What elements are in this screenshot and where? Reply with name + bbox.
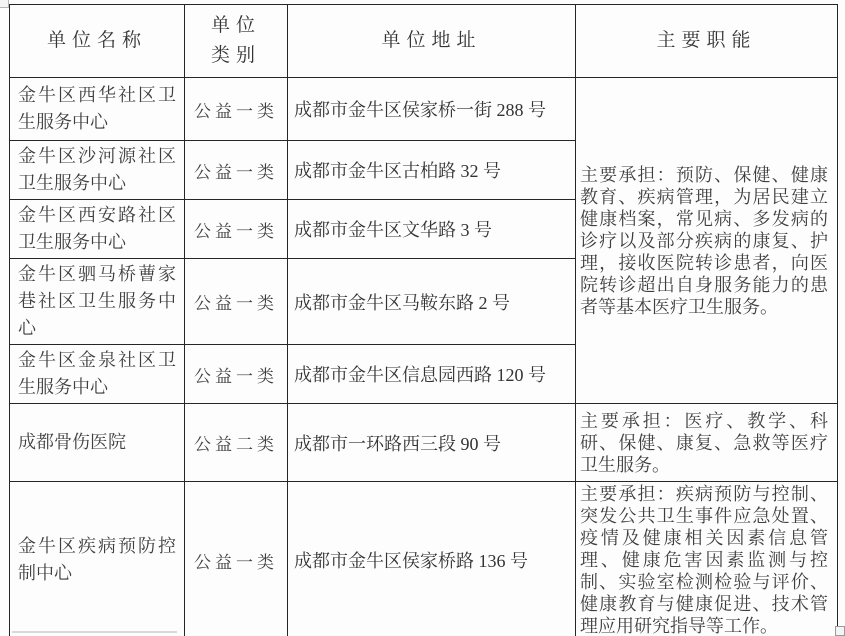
functions-cell: 主要承担：医疗、教学、科研、保健、康复、急救等医疗卫生服务。 bbox=[576, 404, 838, 482]
address-cell: 成都市一环路西三段 90 号 bbox=[288, 404, 576, 482]
address-cell: 成都市金牛区侯家桥路 136 号 bbox=[288, 482, 576, 636]
address-cell: 成都市金牛区马鞍东路 2 号 bbox=[288, 259, 576, 345]
document-page: { "table": { "header": { "name": "单位名称",… bbox=[0, 0, 845, 636]
unit-name-cell: 金牛区疾病预防控制中心 bbox=[10, 482, 185, 636]
header-unit-category-line1: 单位 bbox=[186, 11, 286, 41]
unit-name-cell: 金牛区西华社区卫生服务中心 bbox=[10, 78, 185, 141]
unit-name-cell: 金牛区沙河源社区卫生服务中心 bbox=[10, 141, 185, 200]
table-row: 金牛区疾病预防控制中心 公益一类 成都市金牛区侯家桥路 136 号 主要承担：疾… bbox=[10, 482, 838, 636]
corner-artifact-bottom-right bbox=[835, 626, 845, 636]
table-header-row: 单位名称 单位 类别 单位地址 主要职能 bbox=[10, 5, 838, 78]
category-cell: 公益一类 bbox=[185, 141, 288, 200]
scan-shadow-line bbox=[12, 631, 177, 633]
category-cell: 公益一类 bbox=[185, 259, 288, 345]
functions-cell: 主要承担：疾病预防与控制、突发公共卫生事件应急处置、疫情及健康相关因素信息管理、… bbox=[576, 482, 838, 636]
functions-merged-cell: 主要承担：预防、保健、健康教育、疾病管理，为居民建立健康档案，常见病、多发病的诊… bbox=[576, 78, 838, 404]
category-cell: 公益一类 bbox=[185, 78, 288, 141]
table-row: 成都骨伤医院 公益二类 成都市一环路西三段 90 号 主要承担：医疗、教学、科研… bbox=[10, 404, 838, 482]
unit-name-cell: 金牛区西安路社区卫生服务中心 bbox=[10, 200, 185, 259]
table-row: 金牛区西华社区卫生服务中心 公益一类 成都市金牛区侯家桥一街 288 号 主要承… bbox=[10, 78, 838, 141]
category-cell: 公益一类 bbox=[185, 482, 288, 636]
address-cell: 成都市金牛区侯家桥一街 288 号 bbox=[288, 78, 576, 141]
address-cell: 成都市金牛区信息园西路 120 号 bbox=[288, 345, 576, 404]
unit-name-cell: 金牛区驷马桥蓸家巷社区卫生服务中心 bbox=[10, 259, 185, 345]
header-main-functions: 主要职能 bbox=[576, 5, 838, 78]
category-cell: 公益一类 bbox=[185, 345, 288, 404]
corner-artifact-top-left bbox=[0, 0, 9, 8]
header-unit-category: 单位 类别 bbox=[185, 5, 288, 78]
category-cell: 公益一类 bbox=[185, 200, 288, 259]
address-cell: 成都市金牛区古柏路 32 号 bbox=[288, 141, 576, 200]
category-cell: 公益二类 bbox=[185, 404, 288, 482]
address-cell: 成都市金牛区文华路 3 号 bbox=[288, 200, 576, 259]
unit-name-cell: 金牛区金泉社区卫生服务中心 bbox=[10, 345, 185, 404]
header-unit-name: 单位名称 bbox=[10, 5, 185, 78]
unit-name-cell: 成都骨伤医院 bbox=[10, 404, 185, 482]
unit-info-table: 单位名称 单位 类别 单位地址 主要职能 金牛区西华社区卫生服务中心 公益一类 … bbox=[9, 4, 838, 636]
header-unit-category-line2: 类别 bbox=[186, 41, 286, 71]
header-unit-address: 单位地址 bbox=[288, 5, 576, 78]
